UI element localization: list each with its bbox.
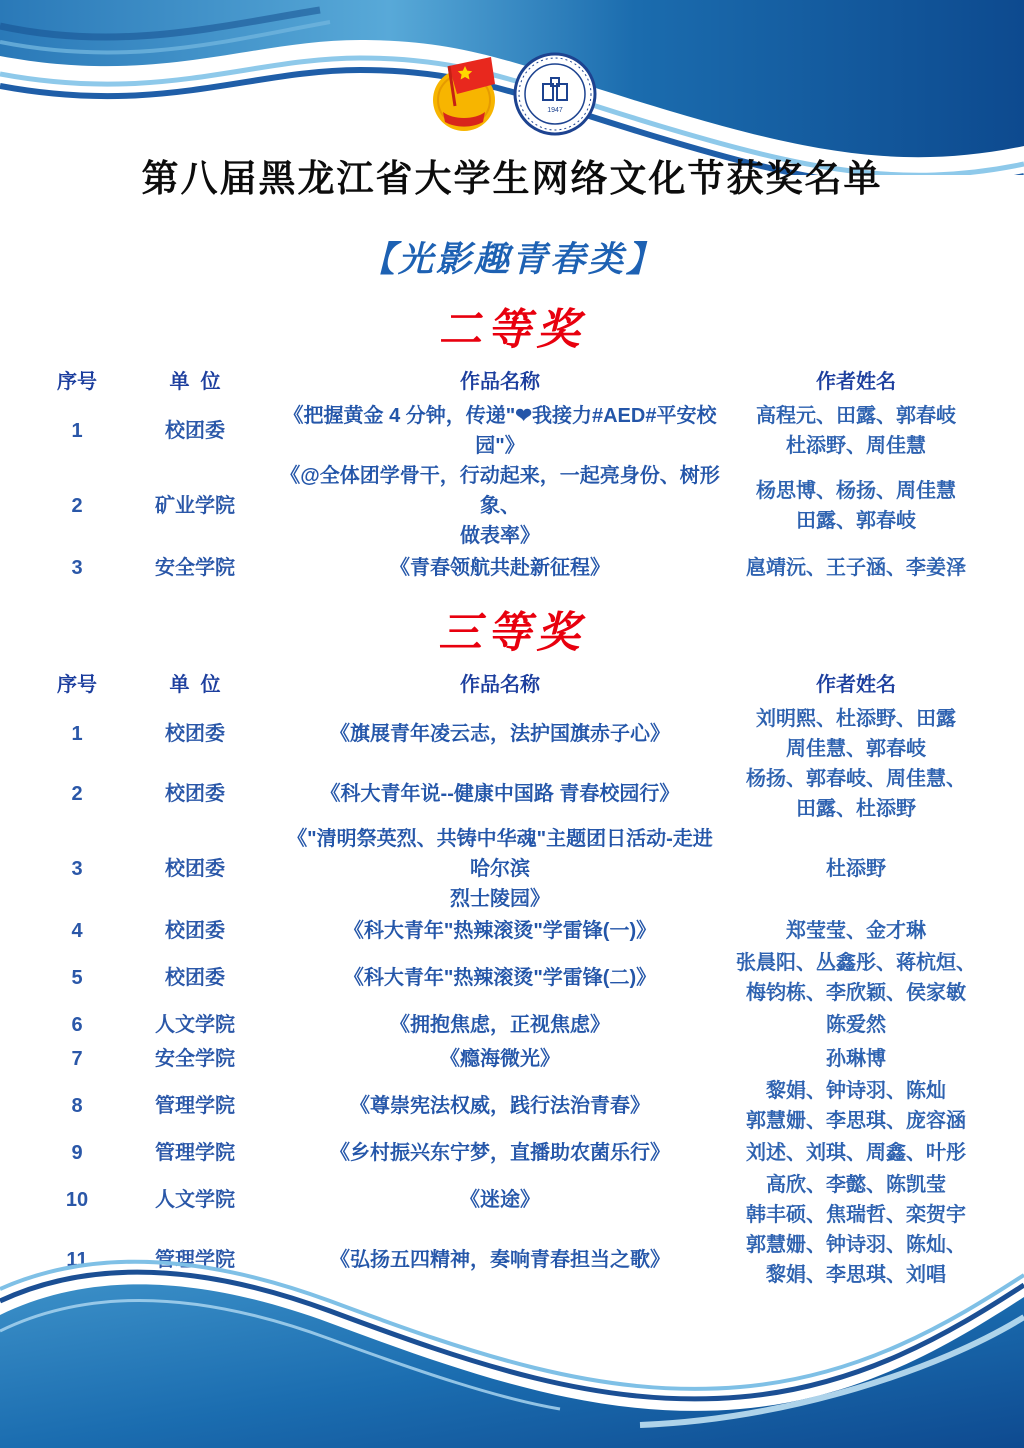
category-title: 【光影趣青春类】	[0, 232, 1024, 282]
content: 第八届黑龙江省大学生网络文化节获奖名单 【光影趣青春类】 二等奖 序号 单 位 …	[0, 148, 1024, 1290]
cell-authors: 陈爱然	[730, 1010, 982, 1040]
table-row: 1 校团委 《旗展青年凌云志，法护国旗赤子心》 刘明熙、杜添野、田露 周佳慧、郭…	[42, 704, 982, 764]
cell-serial: 1	[42, 416, 112, 446]
cell-serial: 6	[42, 1010, 112, 1040]
cell-work-title: 《科大青年"热辣滚烫"学雷锋(一)》	[278, 916, 722, 946]
table-row: 9 管理学院 《乡村振兴东宁梦，直播助农菌乐行》 刘述、刘琪、周鑫、叶彤	[42, 1136, 982, 1170]
cell-serial: 8	[42, 1091, 112, 1121]
cell-unit: 校团委	[120, 779, 270, 809]
table-row: 6 人文学院 《拥抱焦虑，正视焦虑》 陈爱然	[42, 1008, 982, 1042]
cell-work-title: 《"清明祭英烈、共铸中华魂"主题团日活动-走进哈尔滨 烈士陵园》	[278, 824, 722, 914]
cell-serial: 5	[42, 963, 112, 993]
cell-work-title: 《科大青年说--健康中国路 青春校园行》	[278, 779, 722, 809]
cell-work-title: 《拥抱焦虑，正视焦虑》	[278, 1010, 722, 1040]
table-row: 2 矿业学院 《@全体团学骨干，行动起来，一起亮身份、树形象、 做表率》 杨思博…	[42, 461, 982, 551]
cell-work-title: 《尊崇宪法权威，践行法治青春》	[278, 1091, 722, 1121]
cell-work-title: 《@全体团学骨干，行动起来，一起亮身份、树形象、 做表率》	[278, 461, 722, 551]
header-serial: 序号	[42, 670, 112, 700]
cell-authors: 郑莹莹、金才琳	[730, 916, 982, 946]
table-row: 11 管理学院 《弘扬五四精神，奏响青春担当之歌》 郭慧姗、钟诗羽、陈灿、 黎娟…	[42, 1230, 982, 1290]
cell-authors: 孙琳博	[730, 1044, 982, 1074]
cell-serial: 10	[42, 1185, 112, 1215]
table-row: 1 校团委 《把握黄金 4 分钟，传递"❤我接力#AED#平安校园"》 高程元、…	[42, 401, 982, 461]
cell-authors: 郭慧姗、钟诗羽、陈灿、 黎娟、李思琪、刘唱	[730, 1230, 982, 1290]
cell-unit: 管理学院	[120, 1245, 270, 1275]
logo-row: 1947	[0, 52, 1024, 136]
poster-page: 1947 第八届黑龙江省大学生网络文化节获奖名单 【光影趣青春类】 二等奖 序号…	[0, 0, 1024, 1448]
header-authors: 作者姓名	[730, 367, 982, 397]
cell-authors: 张晨阳、丛鑫彤、蒋杭烜、 梅钧栋、李欣颖、侯家敏	[730, 948, 982, 1008]
table-row: 10 人文学院 《迷途》 高欣、李懿、陈凯莹 韩丰硕、焦瑞哲、栾贺宇	[42, 1170, 982, 1230]
cell-unit: 人文学院	[120, 1010, 270, 1040]
cell-authors: 高欣、李懿、陈凯莹 韩丰硕、焦瑞哲、栾贺宇	[730, 1170, 982, 1230]
cell-serial: 7	[42, 1044, 112, 1074]
page-title: 第八届黑龙江省大学生网络文化节获奖名单	[0, 148, 1024, 202]
third-prize-table: 序号 单 位 作品名称 作者姓名 1 校团委 《旗展青年凌云志，法护国旗赤子心》…	[0, 670, 1024, 1290]
cell-work-title: 《瘾海微光》	[278, 1044, 722, 1074]
cell-unit: 矿业学院	[120, 491, 270, 521]
header-unit: 单 位	[120, 367, 270, 397]
cell-unit: 安全学院	[120, 1044, 270, 1074]
cell-unit: 校团委	[120, 916, 270, 946]
cell-work-title: 《旗展青年凌云志，法护国旗赤子心》	[278, 719, 722, 749]
table-row: 2 校团委 《科大青年说--健康中国路 青春校园行》 杨扬、郭春岐、周佳慧、 田…	[42, 764, 982, 824]
header-unit: 单 位	[120, 670, 270, 700]
cell-serial: 9	[42, 1138, 112, 1168]
header-serial: 序号	[42, 367, 112, 397]
cell-unit: 管理学院	[120, 1091, 270, 1121]
cell-unit: 校团委	[120, 719, 270, 749]
cell-authors: 高程元、田露、郭春岐 杜添野、周佳慧	[730, 401, 982, 461]
cell-serial: 11	[42, 1245, 112, 1275]
table-row: 3 校团委 《"清明祭英烈、共铸中华魂"主题团日活动-走进哈尔滨 烈士陵园》 杜…	[42, 824, 982, 914]
cell-work-title: 《把握黄金 4 分钟，传递"❤我接力#AED#平安校园"》	[278, 401, 722, 461]
cell-serial: 2	[42, 779, 112, 809]
cell-authors: 黎娟、钟诗羽、陈灿 郭慧姗、李思琪、庞容涵	[730, 1076, 982, 1136]
cell-authors: 扈靖沅、王子涵、李姜泽	[730, 553, 982, 583]
cell-work-title: 《迷途》	[278, 1185, 722, 1215]
cell-authors: 杨思博、杨扬、周佳慧 田露、郭春岐	[730, 476, 982, 536]
cell-unit: 校团委	[120, 416, 270, 446]
table-row: 7 安全学院 《瘾海微光》 孙琳博	[42, 1042, 982, 1076]
cell-unit: 校团委	[120, 854, 270, 884]
table-row: 4 校团委 《科大青年"热辣滚烫"学雷锋(一)》 郑莹莹、金才琳	[42, 914, 982, 948]
table-row: 8 管理学院 《尊崇宪法权威，践行法治青春》 黎娟、钟诗羽、陈灿 郭慧姗、李思琪…	[42, 1076, 982, 1136]
cell-unit: 校团委	[120, 963, 270, 993]
header-work-title: 作品名称	[278, 670, 722, 700]
header-authors: 作者姓名	[730, 670, 982, 700]
cell-work-title: 《青春领航共赴新征程》	[278, 553, 722, 583]
cell-authors: 杜添野	[730, 854, 982, 884]
cell-serial: 3	[42, 854, 112, 884]
table-header-row: 序号 单 位 作品名称 作者姓名	[42, 670, 982, 700]
table-header-row: 序号 单 位 作品名称 作者姓名	[42, 367, 982, 397]
cell-serial: 2	[42, 491, 112, 521]
table-row: 3 安全学院 《青春领航共赴新征程》 扈靖沅、王子涵、李姜泽	[42, 551, 982, 585]
cell-unit: 人文学院	[120, 1185, 270, 1215]
header-work-title: 作品名称	[278, 367, 722, 397]
cell-authors: 刘述、刘琪、周鑫、叶彤	[730, 1138, 982, 1168]
communist-youth-league-emblem-icon	[427, 54, 501, 134]
cell-work-title: 《科大青年"热辣滚烫"学雷锋(二)》	[278, 963, 722, 993]
third-prize-heading: 三等奖	[0, 599, 1024, 660]
cell-unit: 管理学院	[120, 1138, 270, 1168]
cell-serial: 3	[42, 553, 112, 583]
university-year: 1947	[547, 107, 563, 114]
second-prize-table: 序号 单 位 作品名称 作者姓名 1 校团委 《把握黄金 4 分钟，传递"❤我接…	[0, 367, 1024, 585]
cell-authors: 杨扬、郭春岐、周佳慧、 田露、杜添野	[730, 764, 982, 824]
cell-serial: 1	[42, 719, 112, 749]
cell-authors: 刘明熙、杜添野、田露 周佳慧、郭春岐	[730, 704, 982, 764]
university-seal-icon: 1947	[513, 52, 597, 136]
cell-work-title: 《乡村振兴东宁梦，直播助农菌乐行》	[278, 1138, 722, 1168]
second-prize-heading: 二等奖	[0, 296, 1024, 357]
cell-serial: 4	[42, 916, 112, 946]
cell-unit: 安全学院	[120, 553, 270, 583]
table-row: 5 校团委 《科大青年"热辣滚烫"学雷锋(二)》 张晨阳、丛鑫彤、蒋杭烜、 梅钧…	[42, 948, 982, 1008]
cell-work-title: 《弘扬五四精神，奏响青春担当之歌》	[278, 1245, 722, 1275]
